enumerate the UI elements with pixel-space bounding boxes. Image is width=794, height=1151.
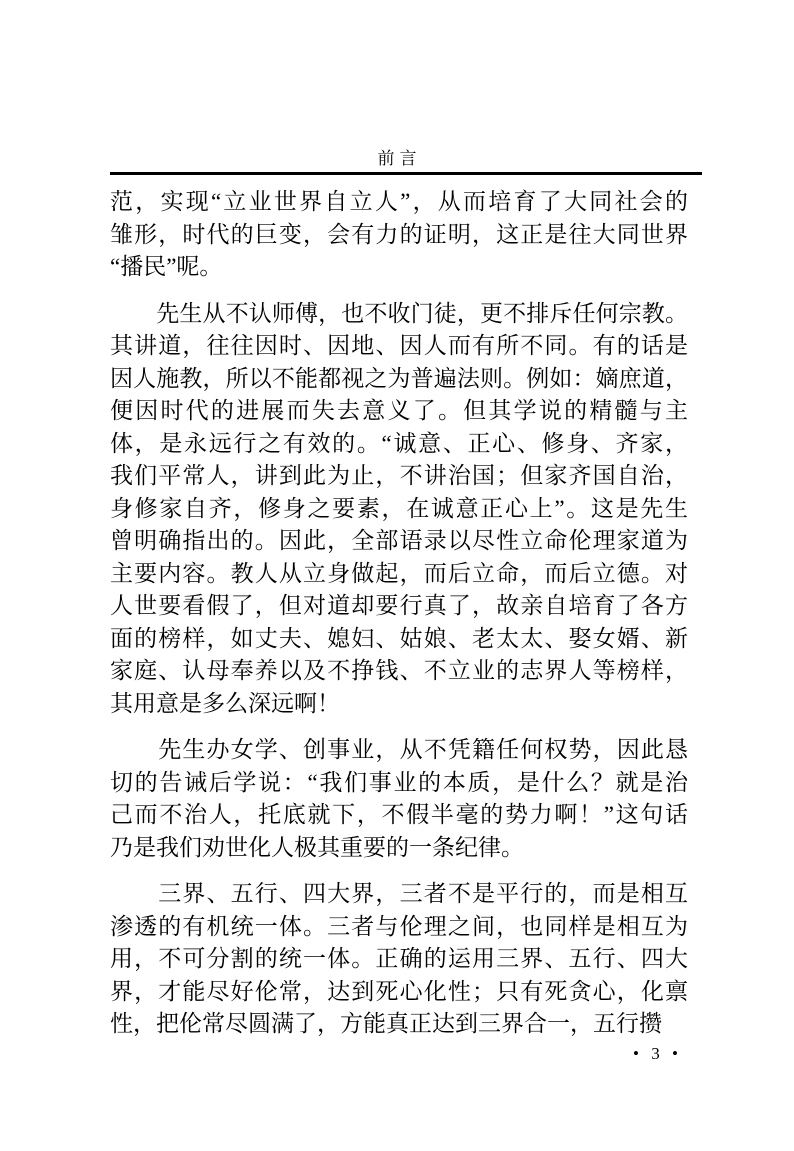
text-line: 身修家自齐，修身之要素，在诚意正心上”。这是先生 <box>110 493 688 526</box>
text-line: 我们平常人，讲到此为止，不讲治国；但家齐国自治， <box>110 460 688 493</box>
text-line: 曾明确指出的。因此，全部语录以尽性立命伦理家道为 <box>110 525 688 558</box>
text-line: 界，才能尽好伦常，达到死心化性；只有死贪心，化禀 <box>110 976 688 1009</box>
text-line: 雏形，时代的巨变，会有力的证明，这正是往大同世界 <box>110 219 688 252</box>
text-line: 其用意是多么深远啊！ <box>110 688 688 721</box>
text-line: 先生办女学、创事业，从不凭籍任何权势，因此恳 <box>110 734 688 767</box>
text-line: 范，实现“立业世界自立人”，从而培育了大同社会的 <box>110 186 688 219</box>
text-line: 渗透的有机统一体。三者与伦理之间，也同样是相互为 <box>110 911 688 944</box>
paragraph: 先生办女学、创事业，从不凭籍任何权势，因此恳切的告诫后学说：“我们事业的本质，是… <box>110 734 688 864</box>
text-line: 性，把伦常尽圆满了，方能真正达到三界合一，五行攒 <box>110 1008 688 1041</box>
text-line: 其讲道，往往因时、因地、因人而有所不同。有的话是 <box>110 330 688 363</box>
text-line: 人世要看假了，但对道却要行真了，故亲自培育了各方 <box>110 590 688 623</box>
text-line: 主要内容。教人从立身做起，而后立命，而后立德。对 <box>110 558 688 591</box>
text-line: 面的榜样，如丈夫、媳妇、姑娘、老太太、娶女婿、新 <box>110 623 688 656</box>
text-line: 三界、五行、四大界，三者不是平行的，而是相互 <box>110 878 688 911</box>
paragraph: 范，实现“立业世界自立人”，从而培育了大同社会的雏形，时代的巨变，会有力的证明，… <box>110 186 688 284</box>
text-line: 体，是永远行之有效的。“诚意、正心、修身、齐家， <box>110 428 688 461</box>
text-line: 便因时代的进展而失去意义了。但其学说的精髓与主 <box>110 395 688 428</box>
body-text: 范，实现“立业世界自立人”，从而培育了大同社会的雏形，时代的巨变，会有力的证明，… <box>110 186 688 1041</box>
text-line: 切的告诫后学说：“我们事业的本质，是什么？就是治 <box>110 767 688 800</box>
text-line: “播民”呢。 <box>110 251 688 284</box>
book-page: 前言 范，实现“立业世界自立人”，从而培育了大同社会的雏形，时代的巨变，会有力的… <box>0 0 794 1151</box>
text-line: 用，不可分割的统一体。正确的运用三界、五行、四大 <box>110 943 688 976</box>
text-line: 因人施教，所以不能都视之为普遍法则。例如：嫡庶道， <box>110 363 688 396</box>
page-number: • 3 • <box>633 1044 682 1064</box>
header-rule <box>110 172 702 175</box>
paragraph: 三界、五行、四大界，三者不是平行的，而是相互渗透的有机统一体。三者与伦理之间，也… <box>110 878 688 1041</box>
text-line: 先生从不认师傅，也不收门徒，更不排斥任何宗教。 <box>110 298 688 331</box>
header-title: 前言 <box>378 149 422 168</box>
text-line: 家庭、认母奉养以及不挣钱、不立业的志界人等榜样， <box>110 655 688 688</box>
text-line: 己而不治人，托底就下，不假半毫的势力啊！”这句话 <box>110 799 688 832</box>
text-line: 乃是我们劝世化人极其重要的一条纪律。 <box>110 832 688 865</box>
paragraph: 先生从不认师傅，也不收门徒，更不排斥任何宗教。其讲道，往往因时、因地、因人而有所… <box>110 298 688 721</box>
page-header: 前言 <box>0 144 794 169</box>
